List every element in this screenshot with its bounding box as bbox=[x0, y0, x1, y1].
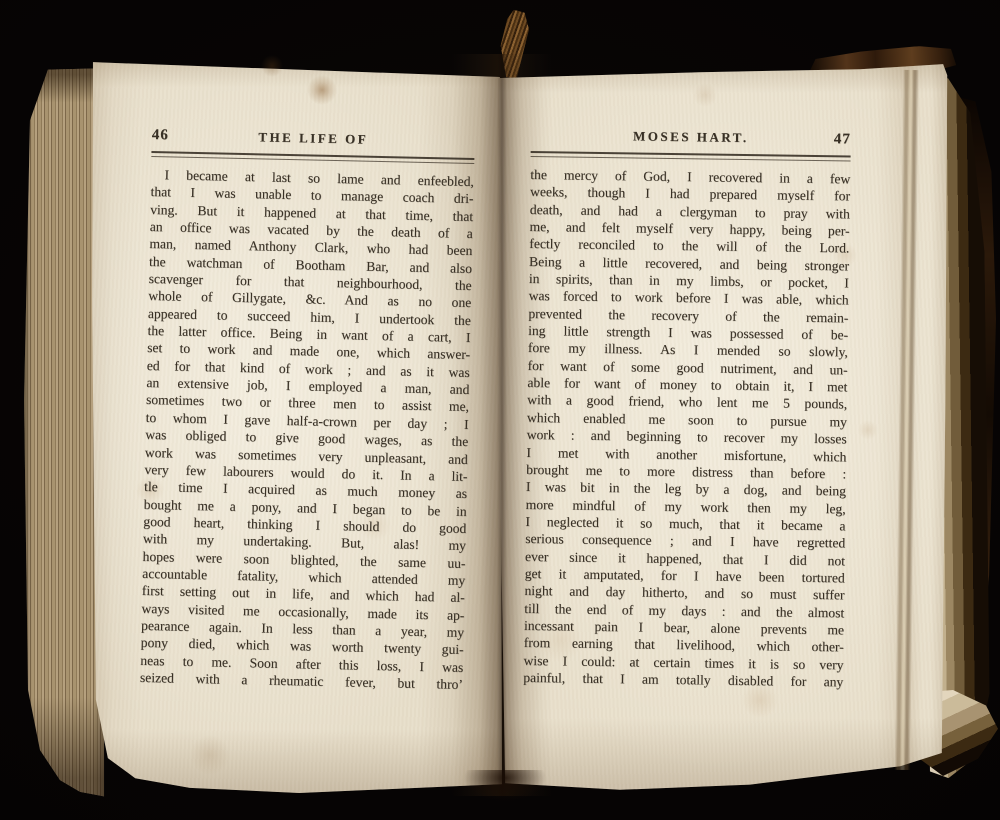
open-book-photo: 46 THE LIFE OF I became at last so lame … bbox=[0, 0, 1000, 820]
photo-vignette bbox=[0, 0, 1000, 820]
